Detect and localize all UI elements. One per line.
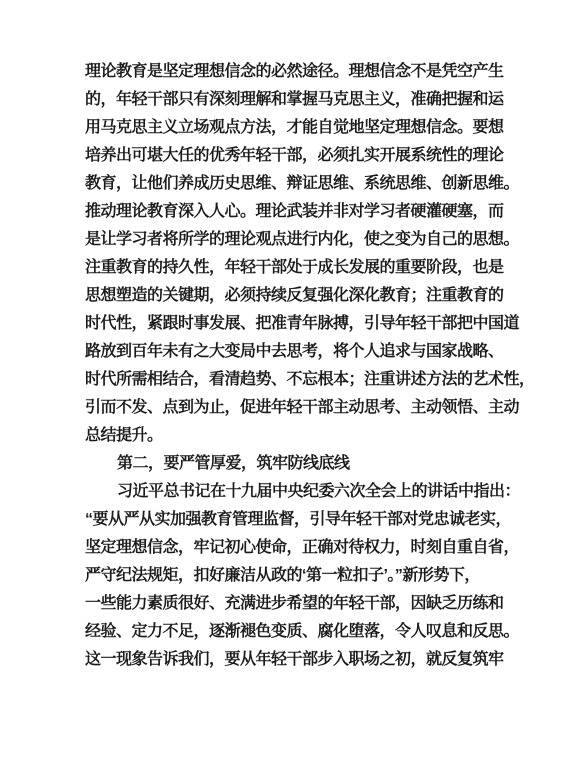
text-line: 时代性，紧跟时事发展、把准青年脉搏，引导年轻干部把中国道 (85, 310, 525, 338)
text-line: 注重教育的持久性，年轻干部处于成长发展的重要阶段，也是 (85, 254, 525, 282)
text-line: “要从严从实加强教育管理监督，引导年轻干部对党忠诚老实， (85, 506, 525, 534)
text-line: 是让学习者将所学的理论观点进行内化，使之变为自己的思想。 (85, 226, 525, 254)
heading-line: 第二，要严管厚爱，筑牢防线底线 (85, 450, 525, 478)
text-block: 理论教育是坚定理想信念的必然途径。理想信念不是凭空产生的，年轻干部只有深刻理解和… (85, 58, 525, 674)
text-line: 一些能力素质很好、充满进步希望的年轻干部，因缺乏历练和 (85, 590, 525, 618)
text-line: 时代所需相结合，看清趋势、不忘根本；注重讲述方法的艺术性， (85, 366, 525, 394)
document-page: 理论教育是坚定理想信念的必然途径。理想信念不是凭空产生的，年轻干部只有深刻理解和… (0, 0, 586, 759)
text-line: 推动理论教育深入人心。理论武装并非对学习者硬灌硬塞，而 (85, 198, 525, 226)
text-line: 的，年轻干部只有深刻理解和掌握马克思主义，准确把握和运 (85, 86, 525, 114)
text-line: 总结提升。 (85, 422, 525, 450)
text-line: 引而不发、点到为止，促进年轻干部主动思考、主动领悟、主动 (85, 394, 525, 422)
text-line: 理论教育是坚定理想信念的必然途径。理想信念不是凭空产生 (85, 58, 525, 86)
text-line: 路放到百年未有之大变局中去思考，将个人追求与国家战略、 (85, 338, 525, 366)
text-line: 严守纪法规矩，扣好廉洁从政的‘第一粒扣子’。”新形势下， (85, 562, 525, 590)
text-line: 思想塑造的关键期，必须持续反复强化深化教育；注重教育的 (85, 282, 525, 310)
text-line: 用马克思主义立场观点方法，才能自觉地坚定理想信念。要想 (85, 114, 525, 142)
text-line: 培养出可堪大任的优秀年轻干部，必须扎实开展系统性的理论 (85, 142, 525, 170)
text-line: 经验、定力不足，逐渐褪色变质、腐化堕落，令人叹息和反思。 (85, 618, 525, 646)
text-line: 习近平总书记在十九届中央纪委六次全会上的讲话中指出： (85, 478, 525, 506)
text-line: 教育，让他们养成历史思维、辩证思维、系统思维、创新思维。 (85, 170, 525, 198)
text-line: 坚定理想信念，牢记初心使命，正确对待权力，时刻自重自省， (85, 534, 525, 562)
text-line: 这一现象告诉我们，要从年轻干部步入职场之初，就反复筑牢 (85, 646, 525, 674)
